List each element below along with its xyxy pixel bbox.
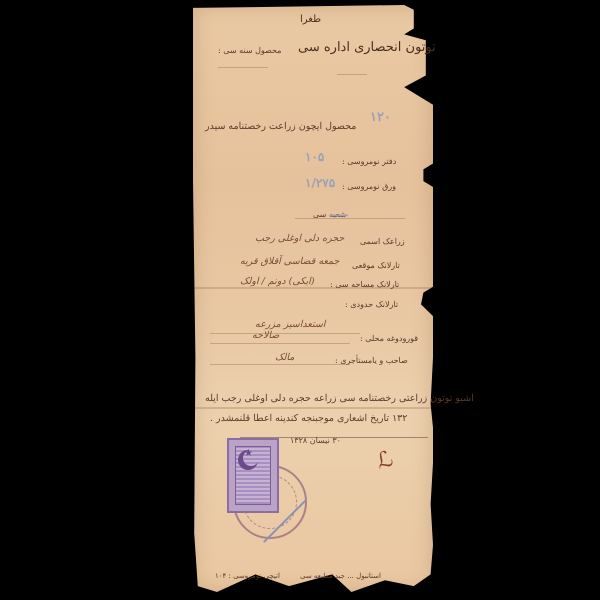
field-label-0: دفتر نومروسی : bbox=[342, 157, 396, 166]
field-label-3: زراعک اسمی bbox=[360, 237, 405, 246]
star-icon: ★ bbox=[244, 448, 253, 459]
field-value-3: حجره دلی اوغلی رجب bbox=[255, 233, 344, 244]
field-label-4: تارلانک موقعی bbox=[352, 261, 400, 270]
footer-form-number: اتیچی نومروسی : ۱۰۴ bbox=[215, 572, 280, 580]
header-rule bbox=[337, 74, 367, 75]
field-value-0: ۱۰۵ bbox=[305, 150, 324, 164]
field-value-8: مالک bbox=[275, 352, 294, 363]
revenue-stamp: ★ bbox=[227, 438, 279, 513]
field-value-4: جمعه قضاسی آقلاق قریه bbox=[240, 256, 339, 267]
season-rule bbox=[218, 67, 268, 68]
footer-printer: استانبول ... جید مطبعه سی bbox=[300, 572, 381, 580]
field-value-5: (ایکی) دونم / اولک bbox=[240, 276, 315, 287]
field-label-7: قورودوغه محلی : bbox=[360, 334, 418, 343]
field-label-1: ورق نومروسی : bbox=[342, 182, 396, 191]
field-value-6: استعداسیز مزرعه bbox=[255, 319, 325, 330]
body-line-1: اشبو توتون زراعتی رخصتنامه سی زراعه حجره… bbox=[205, 393, 474, 404]
field-rule bbox=[210, 343, 350, 344]
fold-crease bbox=[193, 407, 433, 409]
body-line-2: ۱۳۲ تاریخ اشعاری موجبنجه کندینه اعطا قلن… bbox=[210, 413, 407, 424]
field-label-5: تارلانک مساحه سی : bbox=[330, 280, 399, 289]
field-rule bbox=[210, 364, 350, 365]
field-rule bbox=[210, 333, 360, 334]
license-number: ۱۲۰ bbox=[370, 110, 391, 125]
license-title: محصول ایچون زراعت رخصتنامه سیدر bbox=[205, 121, 356, 132]
field-value-2: ـــــ bbox=[330, 205, 348, 219]
season-label: محصول سنه سی : bbox=[218, 46, 281, 55]
field-value-7: صالاحه bbox=[252, 330, 279, 341]
field-label-6: تارلانک حدودی : bbox=[345, 300, 398, 309]
field-rule bbox=[295, 218, 405, 219]
header-emblem: طغرا bbox=[300, 14, 321, 25]
header-title: توتون انحصاری اداره سی bbox=[298, 40, 436, 55]
field-value-1: ۱/۲۷۵ bbox=[305, 176, 335, 190]
